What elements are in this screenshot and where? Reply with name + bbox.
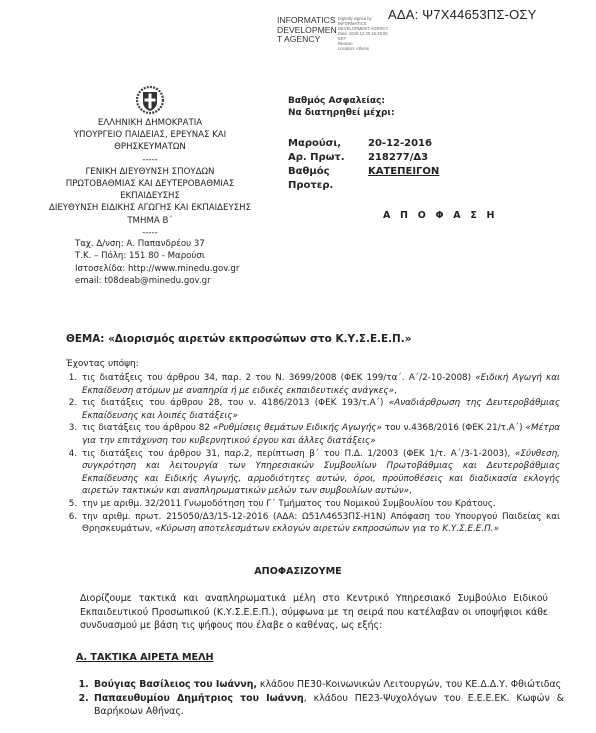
date-row: Μαρούσι, 20-12-2016	[288, 137, 439, 151]
digital-signature-details: Digitally signed by INFORMATICS DEVELOPM…	[338, 16, 388, 51]
priority-row: Βαθμός Προτερ. ΚΑΤΕΠΕΙΓΟΝ	[288, 165, 439, 193]
decide-heading: ΑΠΟΦΑΣΙΖΟΥΜΕ	[0, 566, 596, 577]
contact-email[interactable]: email: t08deab@minedu.gov.gr	[75, 275, 239, 287]
members-list: Βούγιας Βασίλειος του Ιωάννη, κλάδου ΠΕ3…	[76, 678, 564, 719]
section-heading-regular-members: Α. ΤΑΚΤΙΚΑ ΑΙΡΕΤΑ ΜΕΛΗ	[76, 652, 214, 663]
member-name: Παπαευθυμίου Δημήτριος του Ιωάννη	[94, 693, 304, 704]
considerations-list: τις διατάξεις του άρθρου 34, παρ. 2 του …	[66, 372, 560, 536]
member-item: Βούγιας Βασίλειος του Ιωάννη, κλάδου ΠΕ3…	[92, 678, 564, 692]
protocol-label: Αρ. Πρωτ.	[288, 151, 368, 165]
member-item: Παπαευθυμίου Δημήτριος του Ιωάννη, κλάδο…	[92, 692, 564, 719]
contact-website[interactable]: Ιστοσελίδα: http://www.minedu.gov.gr	[75, 263, 239, 275]
document-meta: Βαθμός Ασφαλείας: Να διατηρηθεί μέχρι: Μ…	[288, 95, 439, 193]
header-line: ΠΡΩΤΟΒΑΘΜΙΑΣ ΚΑΙ ΔΕΥΤΕΡΟΒΑΘΜΙΑΣ	[40, 178, 260, 190]
document-date: 20-12-2016	[368, 137, 432, 151]
signature-agency-line: T AGENCY	[277, 35, 337, 45]
contact-postal: Τ.Κ. – Πόλη: 151 80 - Μαρούσι	[75, 250, 239, 262]
header-line: ΓΕΝΙΚΗ ΔΙΕΥΘΥΝΣΗ ΣΠΟΥΔΩΝ	[40, 166, 260, 178]
decision-paragraph: Διορίζουμε τακτικά και αναπληρωματικά μέ…	[80, 592, 548, 633]
consideration-item: την αριθμ. πρωτ. 215050/Δ3/15-12-2016 (Α…	[80, 511, 560, 536]
consideration-item: τις διατάξεις του άρθρου 28, του ν. 4186…	[80, 397, 560, 422]
header-line: ΘΡΗΣΚΕΥΜΑΤΩΝ	[40, 141, 260, 153]
place-label: Μαρούσι,	[288, 137, 368, 151]
priority-value: ΚΑΤΕΠΕΙΓΟΝ	[368, 165, 439, 193]
consideration-item: τις διατάξεις του άρθρου 82 «Ρυθμίσεις θ…	[80, 422, 560, 447]
header-separator: -----	[40, 154, 260, 166]
header-line: ΥΠΟΥΡΓΕΙΟ ΠΑΙΔΕΙΑΣ, ΕΡΕΥΝΑΣ ΚΑΙ	[40, 129, 260, 141]
contact-info: Ταχ. Δ/νση: Α. Παπανδρέου 37 Τ.Κ. – Πόλη…	[75, 238, 239, 287]
consideration-item: τις διατάξεις του άρθρου 34, παρ. 2 του …	[80, 372, 560, 397]
consideration-item: την με αριθμ. 32/2011 Γνωμοδότηση του Γ΄…	[80, 498, 560, 511]
protocol-number: 218277/Δ3	[368, 151, 428, 165]
member-details: κλάδου ΠΕ30-Κοινωνικών Λειτουργών, του Κ…	[257, 679, 561, 690]
member-name: Βούγιας Βασίλειος του Ιωάννη,	[94, 679, 257, 690]
contact-address: Ταχ. Δ/νση: Α. Παπανδρέου 37	[75, 238, 239, 250]
security-level-label: Βαθμός Ασφαλείας:	[288, 95, 439, 107]
signature-detail-line: Location: Athens	[338, 46, 388, 51]
consideration-item: τις διατάξεις του άρθρου 31, παρ.2, περί…	[80, 448, 560, 498]
document-type-title: Α Π Ο Φ Α Σ Η	[383, 210, 498, 221]
header-line: ΕΚΠΑΙΔΕΥΣΗΣ	[40, 190, 260, 202]
protocol-row: Αρ. Πρωτ. 218277/Δ3	[288, 151, 439, 165]
header-line: ΤΜΗΜΑ Β΄	[40, 215, 260, 227]
ada-code: ΑΔΑ: Ψ7Χ44653ΠΣ-ΟΣΥ	[388, 7, 537, 22]
digital-signature-agency: INFORMATICS DEVELOPMEN T AGENCY	[277, 16, 337, 45]
having-in-mind-label: Έχοντας υπόψη:	[66, 359, 139, 369]
header-line: ΔΙΕΥΘΥΝΣΗ ΕΙΔΙΚΗΣ ΑΓΩΓΗΣ ΚΑΙ ΕΚΠΑΙΔΕΥΣΗΣ	[40, 202, 260, 214]
issuer-header: ΕΛΛΗΝΙΚΗ ΔΗΜΟΚΡΑΤΙΑ ΥΠΟΥΡΓΕΙΟ ΠΑΙΔΕΙΑΣ, …	[40, 85, 260, 239]
subject-line: ΘΕΜΑ: «Διορισμός αιρετών εκπροσώπων στο …	[66, 333, 411, 345]
greek-coat-of-arms-icon	[135, 85, 165, 115]
keep-until-label: Να διατηρηθεί μέχρι:	[288, 107, 439, 119]
priority-label: Βαθμός Προτερ.	[288, 165, 368, 193]
header-line: ΕΛΛΗΝΙΚΗ ΔΗΜΟΚΡΑΤΙΑ	[40, 117, 260, 129]
